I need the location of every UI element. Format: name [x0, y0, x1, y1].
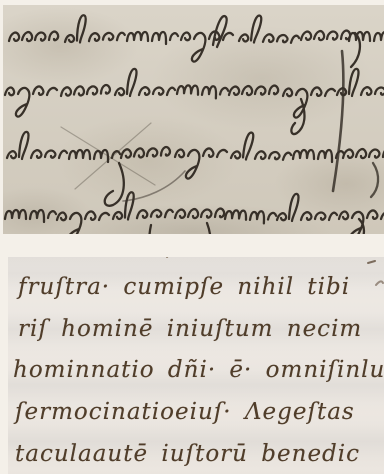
plate-page: { "page": { "background_color": "#f4f0e9…: [0, 0, 384, 474]
manuscript-text-line: hominnatio dñi· ē· omniſinlu: [13, 355, 384, 385]
manuscript-photo-bottom: ´ fruſtra· cumipſe nihil tibi riſ hominē…: [8, 257, 384, 474]
manuscript-text-line: taculaautē iuſtorū benedic: [15, 439, 360, 469]
manuscript-photo-top: [3, 5, 384, 234]
manuscript-text-line: fruſtra· cumipſe nihil tibi: [18, 272, 350, 302]
manuscript-text-line: ſermocinatioeiuſ· Λegeſtas: [15, 397, 355, 427]
manuscript-text-line: riſ hominē iniuſtum necim: [18, 314, 362, 344]
cursive-script-strokes: [3, 5, 384, 234]
